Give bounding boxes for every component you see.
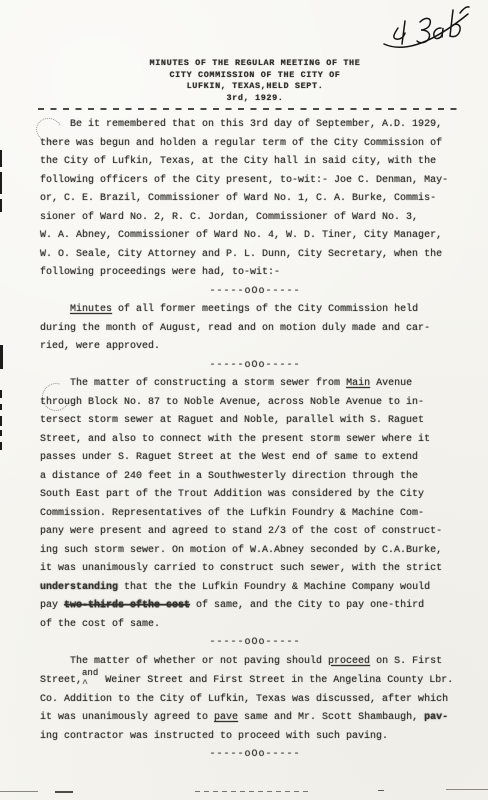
- text-segment: and: [82, 664, 98, 683]
- text-line: it was unanimously agreed to pave same a…: [40, 709, 470, 728]
- text-segment: Street, and also to connect with the pre…: [40, 434, 430, 445]
- text-segment: pay: [40, 600, 64, 611]
- text-line: it was unanimously carried to construct …: [40, 560, 470, 579]
- text-segment: W. A. Abney, Commissioner of Ward No. 4,…: [40, 230, 442, 241]
- scan-edge-artifact: [0, 416, 2, 426]
- text-line: ried, were approved.: [40, 338, 470, 357]
- text-segment: during the month of August, read and on …: [40, 323, 430, 334]
- text-segment: or, C. E. Brazil, Commissioner of Ward N…: [40, 193, 436, 204]
- text-segment: pav-: [424, 712, 448, 723]
- text-line: ing such storm sewer. On motion of W.A.A…: [40, 542, 470, 561]
- text-segment: there was begun and holden a regular ter…: [40, 138, 442, 149]
- document-title: MINUTES OF THE REGULAR MEETING OF THECIT…: [40, 58, 470, 104]
- text-segment: understanding: [40, 582, 118, 593]
- text-line: passes under S. Raguet Street at the Wes…: [40, 449, 470, 468]
- text-segment: of same, and the City to pay one-third: [190, 600, 424, 611]
- scan-edge-artifact: [0, 404, 2, 410]
- text-segment: Minutes: [70, 304, 112, 315]
- text-segment: ried, were approved.: [40, 341, 160, 352]
- heading-line: 3rd, 1929.: [40, 93, 470, 105]
- section-divider: -----oOo-----: [40, 357, 470, 376]
- text-line: tersect storm sewer at Raguet and Noble,…: [40, 412, 470, 431]
- text-line: pany were present and agreed to stand 2/…: [40, 523, 470, 542]
- scan-edge-artifact: [0, 150, 2, 167]
- text-segment: of the cost of same.: [40, 619, 160, 630]
- heading-line: CITY COMMISSION OF THE CITY OF: [40, 70, 470, 82]
- text-segment: W. O. Seale, City Attorney and P. L. Dun…: [40, 249, 442, 260]
- text-segment: same and Mr. Scott Shambaugh,: [238, 712, 424, 723]
- text-segment: Be it remembered that on this 3rd day of…: [40, 119, 442, 130]
- text-segment: that the the Lufkin Foundry & Machine Co…: [118, 582, 430, 593]
- text-segment: ing such storm sewer. On motion of W.A.A…: [40, 545, 442, 556]
- text-line: sioner of Ward No. 2, R. C. Jordan, Comm…: [40, 209, 470, 228]
- text-line: Minutes of all former meetings of the Ci…: [40, 301, 470, 320]
- text-line: understanding that the the Lufkin Foundr…: [40, 579, 470, 598]
- text-segment: Weiner Street and First Street in the An…: [99, 675, 453, 686]
- scan-edge-artifact: [195, 791, 310, 793]
- text-line: The matter of constructing a storm sewer…: [40, 375, 470, 394]
- paragraph: Minutes of all former meetings of the Ci…: [40, 301, 470, 357]
- text-segment: following proceedings were had, to-wit:-: [40, 267, 280, 278]
- text-line: pay two-thirds ofthe cost of same, and t…: [40, 597, 470, 616]
- scan-edge-artifact: [446, 789, 488, 791]
- text-segment: two-thirds ofthe cost: [64, 600, 190, 611]
- scan-edge-artifact: [0, 791, 38, 793]
- text-line: there was begun and holden a regular ter…: [40, 135, 470, 154]
- scan-edge-artifact: [0, 430, 2, 436]
- text-line: Be it remembered that on this 3rd day of…: [40, 116, 470, 135]
- scan-edge-artifact: [0, 390, 2, 398]
- text-segment: tersect storm sewer at Raguet and Noble,…: [40, 415, 424, 426]
- section-divider: -----oOo-----: [40, 283, 470, 302]
- text-line: W. O. Seale, City Attorney and P. L. Dun…: [40, 246, 470, 265]
- text-segment: Avenue: [370, 378, 412, 389]
- text-segment: a distance of 240 feet in a Southwesterl…: [40, 471, 418, 482]
- text-line: or, C. E. Brazil, Commissioner of Ward N…: [40, 190, 470, 209]
- scan-edge-artifact: [0, 199, 2, 212]
- text-line: Street,^and Weiner Street and First Stre…: [40, 671, 470, 691]
- text-segment: passes under S. Raguet Street at the Wes…: [40, 452, 418, 463]
- text-segment: pave: [214, 712, 238, 723]
- paragraph: The matter of whether or not paving shou…: [40, 653, 470, 747]
- text-segment: Main: [346, 378, 370, 389]
- text-line: of the cost of same.: [40, 616, 470, 635]
- text-line: during the month of August, read and on …: [40, 320, 470, 339]
- text-line: The matter of whether or not paving shou…: [40, 653, 470, 672]
- text-segment: ing contractor was instructed to proceed…: [40, 731, 388, 742]
- text-segment: Co. Addition to the City of Lufkin, Texa…: [40, 694, 448, 705]
- text-segment: Commission. Representatives of the Lufki…: [40, 508, 424, 519]
- text-line: the City of Lufkin, Texas, at the City h…: [40, 153, 470, 172]
- text-line: South East part of the Trout Addition wa…: [40, 486, 470, 505]
- text-line: through Block No. 87 to Noble Avenue, ac…: [40, 394, 470, 413]
- heading-line: MINUTES OF THE REGULAR MEETING OF THE: [40, 58, 470, 70]
- document-page: MINUTES OF THE REGULAR MEETING OF THECIT…: [0, 0, 488, 800]
- text-segment: pany were present and agreed to stand 2/…: [40, 526, 442, 537]
- text-line: following proceedings were had, to-wit:-: [40, 264, 470, 283]
- heading-line: LUFKIN, TEXAS,HELD SEPT.: [40, 81, 470, 93]
- text-segment: on S. First: [370, 656, 442, 667]
- text-segment: South East part of the Trout Addition wa…: [40, 489, 424, 500]
- text-line: a distance of 240 feet in a Southwesterl…: [40, 468, 470, 487]
- section-divider: -----oOo-----: [40, 634, 470, 653]
- scan-edge-artifact: [0, 442, 2, 450]
- scan-edge-artifact: [378, 790, 384, 792]
- text-segment: sioner of Ward No. 2, R. C. Jordan, Comm…: [40, 212, 418, 223]
- text-line: W. A. Abney, Commissioner of Ward No. 4,…: [40, 227, 470, 246]
- paragraph: Be it remembered that on this 3rd day of…: [40, 116, 470, 283]
- text-segment: through Block No. 87 to Noble Avenue, ac…: [40, 397, 424, 408]
- scan-edge-artifact: [0, 172, 2, 194]
- handwritten-mark: [380, 2, 472, 58]
- text-segment: The matter of constructing a storm sewer…: [40, 378, 346, 389]
- text-segment: it was unanimously agreed to: [40, 712, 214, 723]
- text-segment: following officers of the City present, …: [40, 175, 448, 186]
- text-segment: Street,: [40, 675, 82, 686]
- text-line: Commission. Representatives of the Lufki…: [40, 505, 470, 524]
- text-line: Co. Addition to the City of Lufkin, Texa…: [40, 691, 470, 710]
- dashed-rule: [38, 108, 462, 110]
- scan-edge-artifact: [0, 345, 3, 369]
- text-segment: proceed: [328, 656, 370, 667]
- document-flow: MINUTES OF THE REGULAR MEETING OF THECIT…: [40, 58, 470, 765]
- section-divider: -----oOo-----: [40, 746, 470, 765]
- scan-edge-artifact: [55, 791, 73, 794]
- text-segment: it was unanimously carried to construct …: [40, 563, 442, 574]
- text-line: Street, and also to connect with the pre…: [40, 431, 470, 450]
- paragraph: The matter of constructing a storm sewer…: [40, 375, 470, 634]
- text-line: ing contractor was instructed to proceed…: [40, 728, 470, 747]
- text-segment: of all former meetings of the City Commi…: [112, 304, 418, 315]
- text-line: following officers of the City present, …: [40, 172, 470, 191]
- text-segment: the City of Lufkin, Texas, at the City h…: [40, 156, 436, 167]
- text-segment: [40, 304, 70, 315]
